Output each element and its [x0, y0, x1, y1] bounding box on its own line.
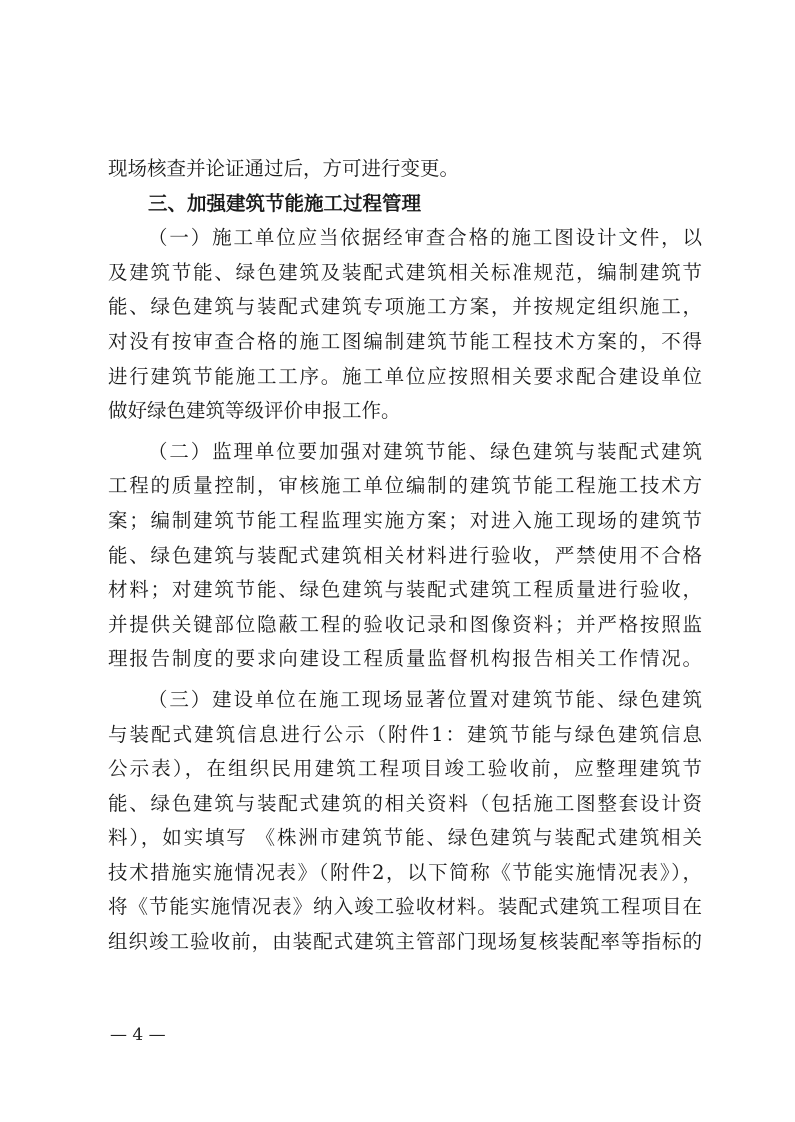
paragraph-line: （三）建设单位在施工现场显著位置对建筑节能、绿色建筑: [108, 683, 702, 718]
document-page: 现场核查并论证通过后，方可进行变更。 三、加强建筑节能施工过程管理 （一）施工单…: [0, 0, 795, 1122]
paragraph-line: 现场核查并论证通过后，方可进行变更。: [108, 152, 702, 187]
paragraph-line: 材料；对建筑节能、绿色建筑与装配式建筑工程质量进行验收，: [108, 573, 702, 608]
paragraph-line: 能、绿色建筑与装配式建筑的相关资料（包括施工图整套设计资: [108, 787, 702, 822]
paragraph-line: 技术措施实施情况表》（附件2，以下简称《节能实施情况表》），: [108, 856, 702, 891]
paragraph-line: 与装配式建筑信息进行公示（附件1：建筑节能与绿色建筑信息: [108, 718, 702, 753]
paragraph-line: 案；编制建筑节能工程监理实施方案；对进入施工现场的建筑节: [108, 504, 702, 539]
paragraph-line: 工程的质量控制，审核施工单位编制的建筑节能工程施工技术方: [108, 469, 702, 504]
paragraph-line: 公示表），在组织民用建筑工程项目竣工验收前，应整理建筑节: [108, 752, 702, 787]
document-body: 现场核查并论证通过后，方可进行变更。 三、加强建筑节能施工过程管理 （一）施工单…: [108, 152, 702, 960]
paragraph-line: 做好绿色建筑等级评价申报工作。: [108, 394, 702, 429]
section-heading: 三、加强建筑节能施工过程管理: [108, 187, 702, 222]
paragraph-line: 对没有按审查合格的施工图编制建筑节能工程技术方案的，不得: [108, 325, 702, 360]
paragraph-line: 理报告制度的要求向建设工程质量监督机构报告相关工作情况。: [108, 642, 702, 677]
paragraph-line: 并提供关键部位隐蔽工程的验收记录和图像资料；并严格按照监: [108, 608, 702, 643]
paragraph-line: 能、绿色建筑与装配式建筑相关材料进行验收，严禁使用不合格: [108, 539, 702, 574]
paragraph-line: 能、绿色建筑与装配式建筑专项施工方案，并按规定组织施工，: [108, 290, 702, 325]
paragraph-line: （一）施工单位应当依据经审查合格的施工图设计文件，以: [108, 221, 702, 256]
paragraph-line: 进行建筑节能施工工序。施工单位应按照相关要求配合建设单位: [108, 360, 702, 395]
paragraph-line: （二）监理单位要加强对建筑节能、绿色建筑与装配式建筑: [108, 435, 702, 470]
paragraph-line: 及建筑节能、绿色建筑及装配式建筑相关标准规范，编制建筑节: [108, 256, 702, 291]
paragraph-line: 将《节能实施情况表》纳入竣工验收材料。装配式建筑工程项目在: [108, 890, 702, 925]
paragraph-line: 组织竣工验收前，由装配式建筑主管部门现场复核装配率等指标的: [108, 925, 702, 960]
paragraph-line: 料），如实填写 《株洲市建筑节能、绿色建筑与装配式建筑相关: [108, 821, 702, 856]
page-number: — 4 —: [110, 1023, 166, 1047]
